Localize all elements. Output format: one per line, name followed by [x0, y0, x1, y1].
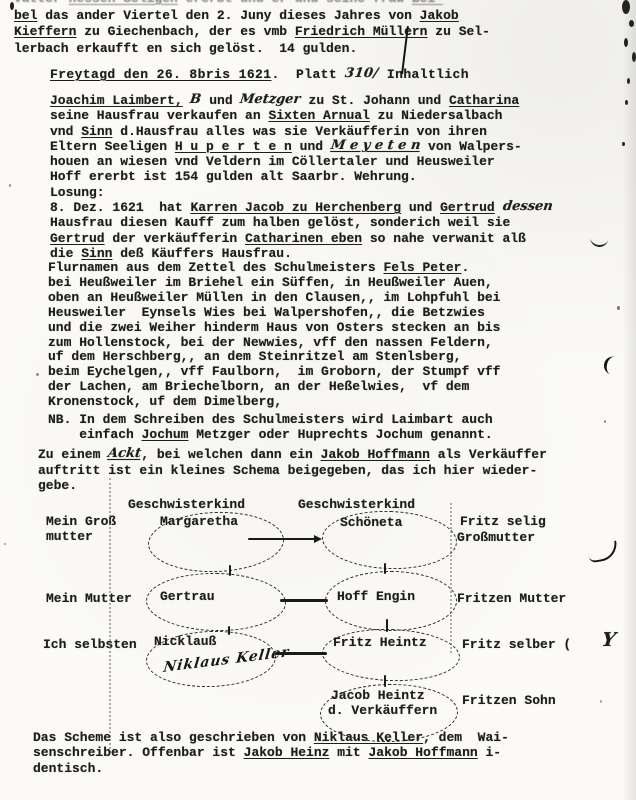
text-line: lerbach erkaufft en sich gelöst. 14 guld… — [14, 41, 490, 58]
connector-nicklaus-fritzheintz — [275, 652, 327, 655]
pen-curl — [587, 541, 620, 564]
connector-gertrau-hoffengin — [280, 599, 328, 602]
text-line: Das Scheme ist also geschrieben von Nikl… — [33, 730, 509, 745]
schema-label-fritzen-sohn: Fritzen Sohn — [462, 693, 556, 708]
schema-name-schoeneta: Schöneta — [340, 515, 402, 530]
date-heading: Freytagd den 26. 8bris 1621. Platt 310/ … — [50, 67, 469, 82]
schema-header-left: Geschwisterkind — [128, 497, 245, 512]
scan-speckle — [625, 100, 628, 105]
schema-label-fritz-selig: Fritz selig — [460, 514, 546, 529]
schema-name-jacob-heintz-role: d. Verkäuffern — [328, 703, 437, 718]
scan-speckle — [629, 20, 634, 27]
document-page: vatter Hessen Seligen ererbt und er und … — [0, 0, 636, 800]
text-line: Kieffern zu Giechenbach, der es vmb Frie… — [14, 24, 490, 41]
schema-name-margaretha: Margaretha — [160, 514, 238, 529]
schema-name-hoff-engin: Hoff Engin — [337, 589, 415, 604]
connector-schoeneta-hoffengin — [384, 563, 386, 574]
scan-speckle — [36, 373, 39, 376]
schema-label-mutter: mutter — [46, 529, 93, 544]
paragraph-nb: NB. In dem Schreiben des Schulmeisters w… — [48, 412, 493, 442]
paragraph-schema-intro: Zu einem Ackt, bei welchen dann ein Jako… — [38, 447, 547, 494]
scan-speckle — [604, 420, 606, 423]
text-line: seine Hausfrau verkaufen an Sixten Arnua… — [50, 108, 552, 123]
text-line: houen an wiesen vnd Veldern im Cöllertal… — [50, 154, 552, 169]
text-line: beim Eychelgen,, vff Faulborn, im Grobor… — [48, 365, 500, 380]
scan-speckle — [600, 700, 602, 703]
scan-speckle — [617, 306, 620, 310]
text-line: auftritt ist ein kleines Schema beigegeb… — [38, 463, 547, 479]
schema-label-grossmutter: Großmutter — [457, 530, 535, 545]
text-line: der Lachen, am Briechelborn, an der Heße… — [48, 380, 500, 395]
text-line: Kronenstock, uf dem Dimelberg, — [48, 395, 500, 410]
schema-name-jacob-heintz: Jacob Heintz — [331, 688, 425, 703]
scan-speckle — [624, 38, 628, 47]
text-line: uf dem Herschberg,, an dem Steinritzel a… — [48, 350, 500, 365]
arrowhead-icon — [314, 535, 322, 543]
text-line: Joachim Laimbert, B und Metzger zu St. J… — [50, 93, 552, 108]
connector-hoffengin-fritzheintz — [386, 619, 388, 632]
text-line: Zu einem Ackt, bei welchen dann ein Jako… — [38, 447, 547, 463]
scan-speckle — [627, 78, 630, 84]
text-line: vnd Sinn d.Hausfrau alles was sie Verkäu… — [50, 124, 552, 139]
text-line: Eltern Seeligen H u p e r t e n und M e … — [50, 139, 552, 154]
connector-fritzheintz-jacobheintz — [384, 675, 386, 687]
scan-speckle — [632, 52, 636, 62]
paragraph-continuation: vatter Hessen Seligen ererbt und er und … — [14, 0, 490, 57]
text-line: zum Hollenstock, bei der Newwies, vff de… — [48, 336, 500, 351]
text-line: oben an Heußweiler Müllen in den Clausen… — [48, 291, 500, 306]
text-line: Gertrud der verkäufferin Catharinen eben… — [50, 231, 552, 246]
schema-label-ich-selbsten: Ich selbsten — [43, 637, 137, 652]
paragraph-entry: Joachim Laimbert, B und Metzger zu St. J… — [50, 93, 552, 261]
schema-label-fritzen-mutter: Fritzen Mutter — [457, 591, 566, 606]
schema-label-mein-mutter: Mein Mutter — [46, 591, 132, 606]
paragraph-closing: Das Scheme ist also geschrieben von Nikl… — [33, 730, 509, 776]
text-line: gebe. — [38, 478, 547, 494]
text-line: 8. Dez. 1621 hat Karren Jacob zu Herchen… — [50, 200, 552, 215]
text-line: dentisch. — [33, 761, 509, 776]
text-line: Flurnamen aus dem Zettel des Schulmeiste… — [48, 261, 500, 276]
scan-speckle — [4, 543, 6, 545]
schema-label-fritz-selber: Fritz selber ( — [462, 637, 571, 652]
connector-margaretha-gertrau — [229, 565, 231, 576]
schema-label-mein-gross: Mein Groß — [46, 514, 116, 529]
scan-speckle — [10, 2, 14, 10]
text-line: die Sinn deß Käuffers Hausfrau. — [50, 246, 552, 261]
schema-name-nicklaus: Nicklauß — [154, 634, 216, 649]
text-line: Losung: — [50, 185, 552, 200]
fold-line-left — [109, 478, 111, 753]
text-line: und die zwei Weiher hinderm Haus von Ost… — [48, 321, 500, 336]
schema-name-fritz-heintz: Fritz Heintz — [333, 635, 427, 650]
scan-speckle — [9, 184, 11, 187]
paragraph-flurnamen: Flurnamen aus dem Zettel des Schulmeiste… — [48, 261, 500, 410]
schema-header-right: Geschwisterkind — [298, 497, 415, 512]
text-line: Hausfrau diesen Kauff zum halben gelöst,… — [50, 215, 552, 230]
scan-speckle — [622, 0, 630, 14]
text-line: Freytagd den 26. 8bris 1621. Platt 310/ … — [50, 67, 469, 82]
schema-name-gertrau: Gertrau — [160, 589, 215, 604]
text-line: senschreiber. Offenbar ist Jakob Heinz m… — [33, 745, 509, 760]
text-line: bel das ander Viertel den 2. Juny dieses… — [14, 8, 490, 25]
text-line: NB. In dem Schreiben des Schulmeisters w… — [48, 412, 493, 427]
connector-gertrau-nicklaus — [228, 626, 230, 635]
fold-line-right — [450, 503, 452, 653]
connector-margaretha-schoeneta — [248, 538, 316, 540]
pen-paren-mark — [602, 355, 619, 376]
scan-speckle — [622, 142, 625, 146]
text-line: Hoff ererbt ist 154 gulden alt Saarbr. W… — [50, 169, 552, 184]
text-line: bei Heußweiler im Briehel ein Süffen, in… — [48, 276, 500, 291]
pen-curl-small — [589, 235, 608, 248]
text-line: einfach Jochum Metzger oder Huprechts Jo… — [48, 427, 493, 442]
text-line: vatter Hessen Seligen ererbt und er und … — [14, 0, 490, 8]
text-line: Heusweiler Eynsels Wies bei Walpershofen… — [48, 306, 500, 321]
pen-y-mark: Y — [600, 629, 617, 651]
